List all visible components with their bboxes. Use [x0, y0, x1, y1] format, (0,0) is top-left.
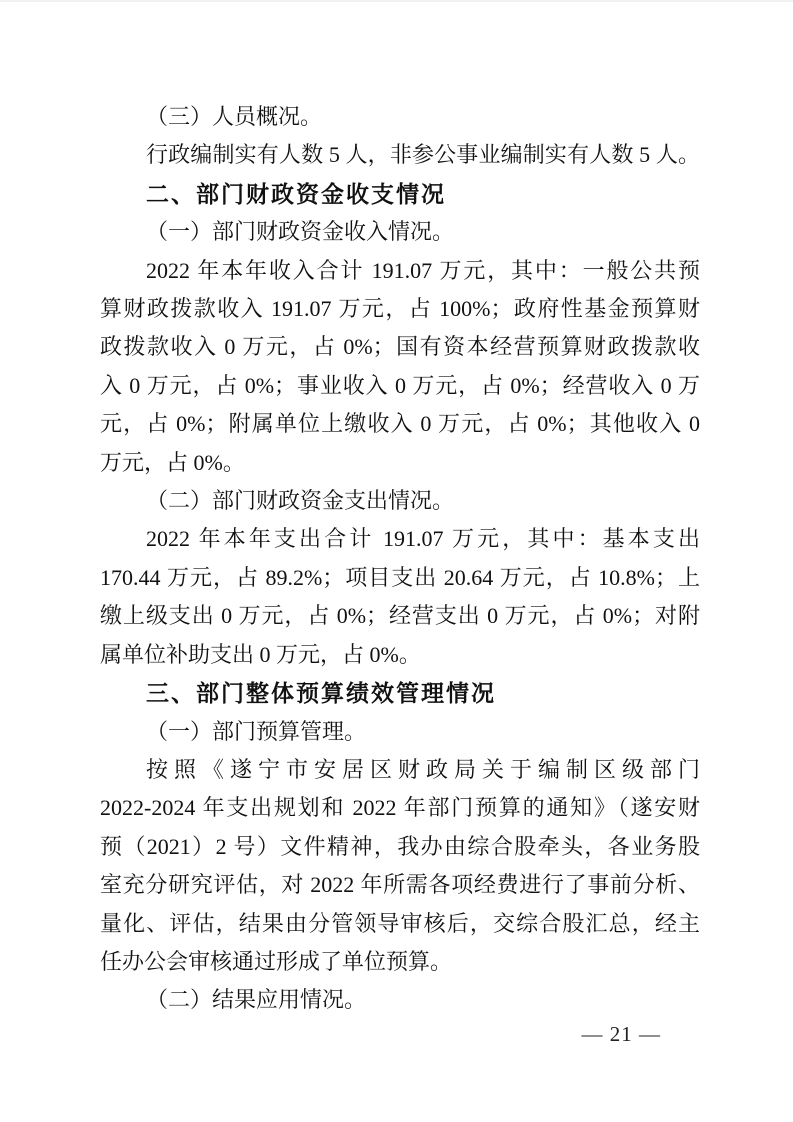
- text-line: 预（2021）2 号）文件精神，我办由综合股牵头，各业务股: [100, 828, 700, 866]
- text-line: 算财政拨款收入 191.07 万元，占 100%；政府性基金预算财: [100, 290, 700, 328]
- text-line: 2022 年本年收入合计 191.07 万元，其中：一般公共预: [100, 252, 700, 290]
- text-line: 任办公会审核通过形成了单位预算。: [100, 943, 700, 981]
- text-line: 政拨款收入 0 万元，占 0%；国有资本经营预算财政拨款收: [100, 328, 700, 366]
- text-line: 缴上级支出 0 万元，占 0%；经营支出 0 万元，占 0%；对附: [100, 597, 700, 635]
- text-line: 属单位补助支出 0 万元，占 0%。: [100, 636, 700, 674]
- text-line: 2022 年本年支出合计 191.07 万元，其中：基本支出: [100, 520, 700, 558]
- text-line: 入 0 万元，占 0%；事业收入 0 万元，占 0%；经营收入 0 万: [100, 367, 700, 405]
- section-heading: 三、部门整体预算绩效管理情况: [100, 674, 700, 712]
- text-line: （二）结果应用情况。: [100, 981, 700, 1019]
- text-line: （一）部门预算管理。: [100, 713, 700, 751]
- text-line: 2022-2024 年支出规划和 2022 年部门预算的通知》（遂安财: [100, 789, 700, 827]
- text-line: 170.44 万元，占 89.2%；项目支出 20.64 万元，占 10.8%；…: [100, 559, 700, 597]
- text-line: （三）人员概况。: [100, 98, 700, 136]
- document-body: （三）人员概况。行政编制实有人数 5 人，非参公事业编制实有人数 5 人。二、部…: [100, 98, 700, 1020]
- text-line: （一）部门财政资金收入情况。: [100, 213, 700, 251]
- text-line: （二）部门财政资金支出情况。: [100, 482, 700, 520]
- text-line: 行政编制实有人数 5 人，非参公事业编制实有人数 5 人。: [100, 136, 700, 174]
- document-page: （三）人员概况。行政编制实有人数 5 人，非参公事业编制实有人数 5 人。二、部…: [0, 0, 793, 1122]
- text-line: 万元，占 0%。: [100, 444, 700, 482]
- page-number: — 21 —: [582, 1022, 662, 1046]
- text-line: 量化、评估，结果由分管领导审核后，交综合股汇总，经主: [100, 905, 700, 943]
- section-heading: 二、部门财政资金收支情况: [100, 175, 700, 213]
- text-line: 室充分研究评估，对 2022 年所需各项经费进行了事前分析、: [100, 866, 700, 904]
- text-line: 元，占 0%；附属单位上缴收入 0 万元，占 0%；其他收入 0: [100, 405, 700, 443]
- text-line: 按照《遂宁市安居区财政局关于编制区级部门: [100, 751, 700, 789]
